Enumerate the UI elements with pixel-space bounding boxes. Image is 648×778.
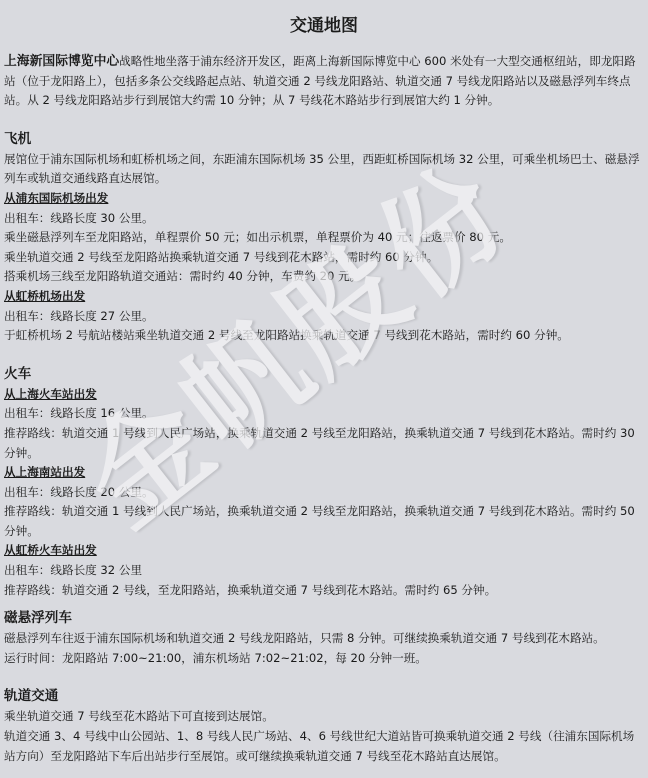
pudong-line-maglev: 乘坐磁悬浮列车至龙阳路站，单程票价 50 元；如出示机票，单程票价为 40 元；…: [4, 228, 644, 248]
metro-line-transfer: 轨道交通 3、4 号线中山公园站、1、8 号线人民广场站、4、6 号线世纪大道站…: [4, 727, 644, 766]
shanghai-station-line-route: 推荐路线：轨道交通 1 号线到人民广场站，换乘轨道交通 2 号线至龙阳路站，换乘…: [4, 424, 644, 463]
pudong-line-taxi: 出租车：线路长度 30 公里。: [4, 209, 644, 229]
intro-lead: 上海新国际博览中心: [4, 54, 119, 69]
metro-line-direct: 乘坐轨道交通 7 号线至花木路站下可直接到达展馆。: [4, 707, 644, 727]
section-title-metro: 轨道交通: [4, 686, 644, 707]
section-title-train: 火车: [4, 364, 644, 385]
subtitle-pudong-airport: 从浦东国际机场出发: [4, 189, 644, 209]
section-title-maglev: 磁悬浮列车: [4, 608, 644, 629]
hongqiao-station-line-route: 推荐路线：轨道交通 2 号线，至龙阳路站，换乘轨道交通 7 号线到花木路站。需时…: [4, 581, 644, 601]
hongqiao-airport-line-taxi: 出租车：线路长度 27 公里。: [4, 307, 644, 327]
subtitle-shanghai-station: 从上海火车站出发: [4, 385, 644, 405]
plane-description: 展馆位于浦东国际机场和虹桥机场之间，东距浦东国际机场 35 公里，西距虹桥国际机…: [4, 150, 644, 189]
maglev-line-desc: 磁悬浮列车往返于浦东国际机场和轨道交通 2 号线龙阳路站，只需 8 分钟。可继续…: [4, 629, 644, 649]
subtitle-hongqiao-station: 从虹桥火车站出发: [4, 541, 644, 561]
hongqiao-station-line-taxi: 出租车：线路长度 32 公里: [4, 561, 644, 581]
hongqiao-airport-line-metro: 于虹桥机场 2 号航站楼站乘坐轨道交通 2 号线至龙阳路站换乘轨道交通 7 号线…: [4, 326, 644, 346]
shanghai-station-line-taxi: 出租车：线路长度 16 公里。: [4, 404, 644, 424]
pudong-line-bus: 搭乘机场三线至龙阳路轨道交通站：需时约 40 分钟，车费约 20 元。: [4, 267, 644, 287]
intro-paragraph: 上海新国际博览中心战略性地坐落于浦东经济开发区，距离上海新国际博览中心 600 …: [4, 52, 644, 111]
document-page: 交通地图 上海新国际博览中心战略性地坐落于浦东经济开发区，距离上海新国际博览中心…: [4, 14, 644, 766]
south-station-line-route: 推荐路线：轨道交通 1 号线到人民广场站，换乘轨道交通 2 号线至龙阳路站，换乘…: [4, 502, 644, 541]
section-title-plane: 飞机: [4, 129, 644, 150]
maglev-line-schedule: 运行时间：龙阳路站 7:00~21:00，浦东机场站 7:02~21:02，每 …: [4, 649, 644, 669]
subtitle-hongqiao-airport: 从虹桥机场出发: [4, 287, 644, 307]
pudong-line-metro: 乘坐轨道交通 2 号线至龙阳路站换乘轨道交通 7 号线到花木路站，需时约 60 …: [4, 248, 644, 268]
subtitle-south-station: 从上海南站出发: [4, 463, 644, 483]
page-title: 交通地图: [4, 14, 644, 38]
south-station-line-taxi: 出租车：线路长度 20 公里。: [4, 483, 644, 503]
